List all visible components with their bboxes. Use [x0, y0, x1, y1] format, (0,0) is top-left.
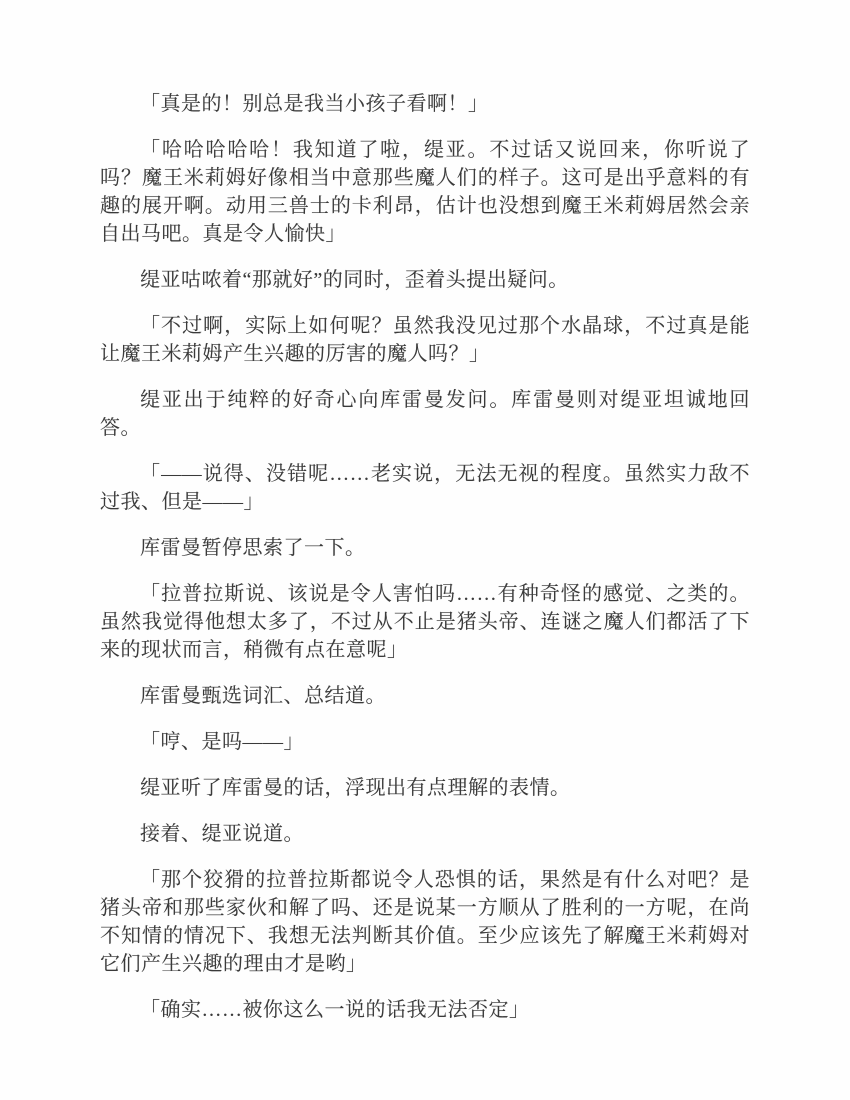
paragraph: 「——说得、没错呢……老实说，无法无视的程度。虽然实力敌不过我、但是——」: [100, 460, 750, 516]
paragraph: 缇亚听了库雷曼的话，浮现出有点理解的表情。: [100, 774, 750, 802]
novel-page: 「真是的！别总是我当小孩子看啊！」「哈哈哈哈哈！我知道了啦，缇亚。不过话又说回来…: [0, 0, 850, 1100]
paragraph: 缇亚出于纯粹的好奇心向库雷曼发问。库雷曼则对缇亚坦诚地回答。: [100, 386, 750, 442]
paragraph: 接着、缇亚说道。: [100, 820, 750, 848]
paragraph: 「那个狡猾的拉普拉斯都说令人恐惧的话，果然是有什么对吧？是猪头帝和那些家伙和解了…: [100, 866, 750, 978]
paragraph: 缇亚咕哝着“那就好”的同时，歪着头提出疑问。: [100, 266, 750, 294]
paragraph: 「确实……被你这么一说的话我无法否定」: [100, 996, 750, 1024]
paragraph: 「哼、是吗——」: [100, 728, 750, 756]
paragraph: 库雷曼甄选词汇、总结道。: [100, 682, 750, 710]
paragraph: 「拉普拉斯说、该说是令人害怕吗……有种奇怪的感觉、之类的。虽然我觉得他想太多了，…: [100, 580, 750, 664]
paragraph: 「不过啊，实际上如何呢？虽然我没见过那个水晶球，不过真是能让魔王米莉姆产生兴趣的…: [100, 312, 750, 368]
paragraph: 「哈哈哈哈哈！我知道了啦，缇亚。不过话又说回来，你听说了吗？魔王米莉姆好像相当中…: [100, 136, 750, 248]
paragraph: 「真是的！别总是我当小孩子看啊！」: [100, 90, 750, 118]
paragraph: 库雷曼暂停思索了一下。: [100, 534, 750, 562]
paragraph-list: 「真是的！别总是我当小孩子看啊！」「哈哈哈哈哈！我知道了啦，缇亚。不过话又说回来…: [100, 90, 750, 1024]
